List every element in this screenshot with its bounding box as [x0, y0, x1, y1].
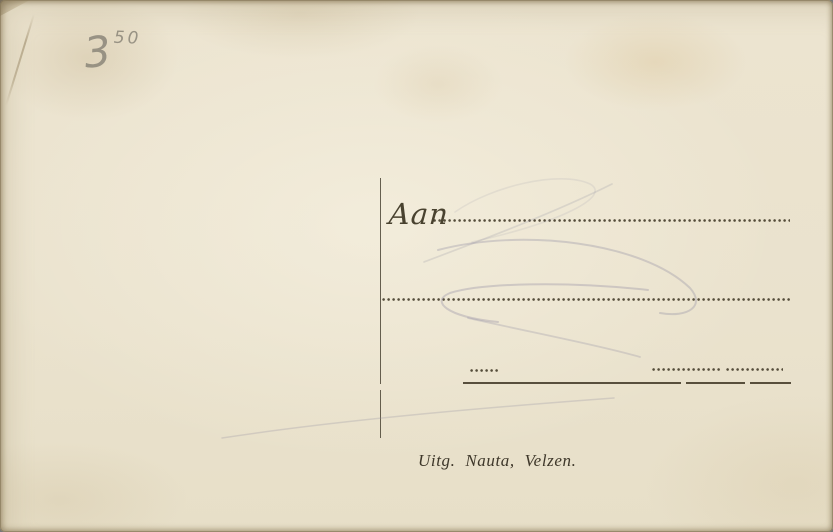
pencil-price-digit: 3	[82, 26, 114, 78]
pencil-scribble	[0, 0, 833, 532]
address-to-label: Aan	[388, 197, 450, 231]
address-dotted-line-3b	[652, 368, 721, 371]
worn-corner	[0, 0, 30, 16]
address-dotted-line-3a	[470, 369, 499, 372]
divider-line-lower	[380, 390, 381, 438]
publisher-imprint: Uitg. Nauta, Velzen.	[418, 451, 576, 471]
postcard-scan: 350 Aan Uitg. Nauta, Velzen.	[0, 0, 833, 532]
address-dotted-line-3c	[726, 368, 783, 371]
pencil-price-mark: 350	[82, 27, 140, 74]
address-dotted-line-2	[382, 298, 790, 301]
divider-line-upper	[380, 178, 381, 384]
address-rule-segment-3	[750, 382, 791, 384]
address-rule-segment-1	[463, 382, 681, 384]
corner-crease	[5, 14, 35, 106]
postcard-back: 350 Aan Uitg. Nauta, Velzen.	[0, 0, 833, 532]
address-rule-segment-2	[686, 382, 745, 384]
pencil-price-superscript: 50	[113, 28, 141, 49]
address-dotted-line-1	[433, 219, 790, 222]
